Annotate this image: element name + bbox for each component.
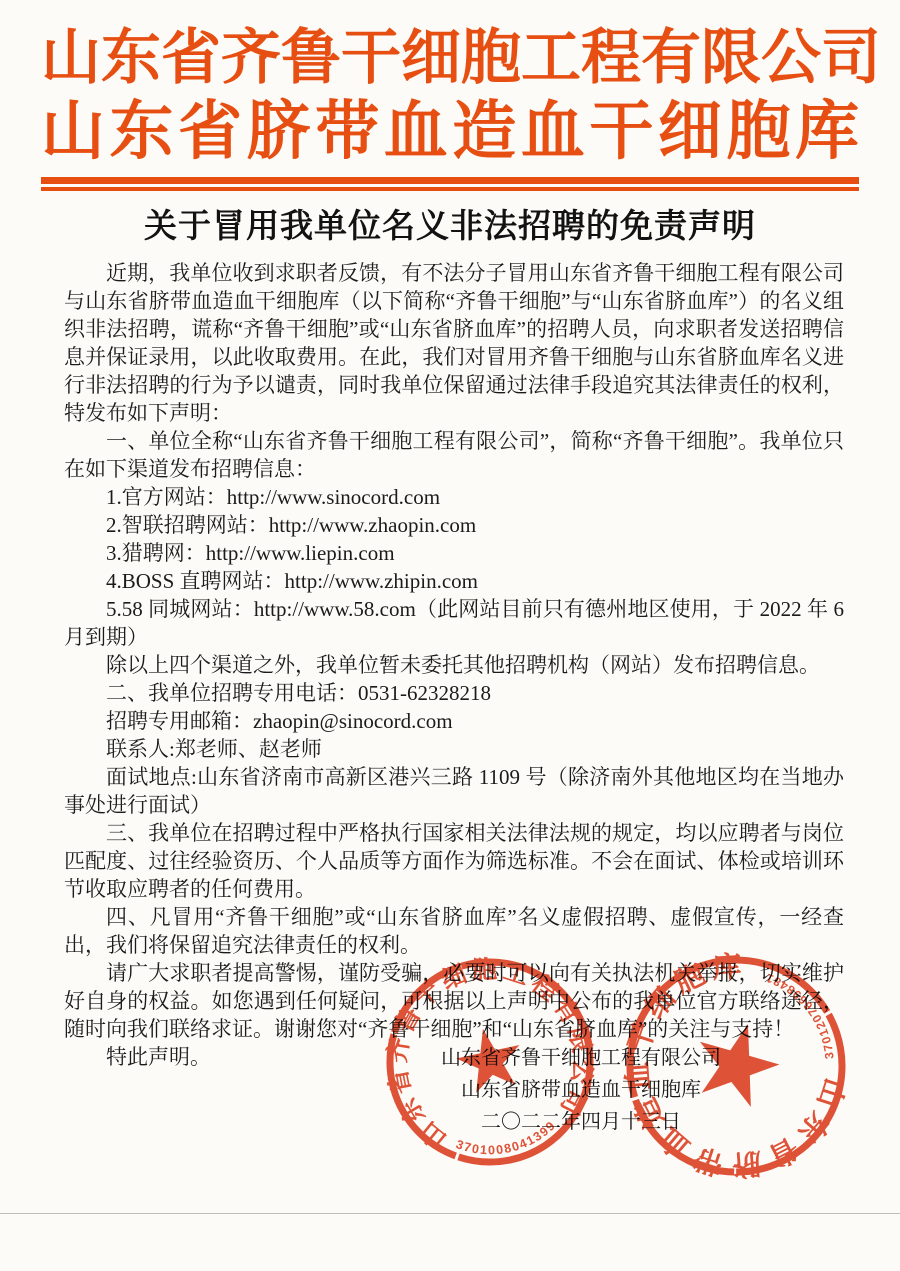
contact-phone-line: 二、我单位招聘专用电话：0531-62328218 [64,679,844,707]
document-page: 山东省齐鲁干细胞工程有限公司 山东省脐带血造血干细胞库 关于冒用我单位名义非法招… [0,0,900,1271]
channel-item-liepin: 3.猎聘网：http://www.liepin.com [64,539,844,567]
page-title: 关于冒用我单位名义非法招聘的免责声明 [0,207,900,245]
channels-note: 除以上四个渠道之外，我单位暂未委托其他招聘机构（网站）发布招聘信息。 [64,651,844,679]
star-icon [451,1022,527,1096]
channel-item-58: 5.58 同城网站：http://www.58.com（此网站目前只有德州地区使… [64,595,844,651]
letterhead-bank-name: 山东省脐带血造血干细胞库 [41,95,859,168]
contact-email-line: 招聘专用邮箱：zhaopin@sinocord.com [64,707,844,735]
contact-person-line: 联系人:郑老师、赵老师 [64,735,844,763]
paragraph-section-3: 三、我单位在招聘过程中严格执行国家相关法律法规的规定，均以应聘者与岗位匹配度、过… [64,819,844,903]
scan-artifact-line [0,1213,900,1214]
paragraph-section-1: 一、单位全称“山东省齐鲁干细胞工程有限公司”，简称“齐鲁干细胞”。我单位只在如下… [64,427,844,483]
star-icon [676,1012,789,1126]
seal-right-number: 37012076698481 [759,960,851,1066]
paragraph-intro: 近期，我单位收到求职者反馈，有不法分子冒用山东省齐鲁干细胞工程有限公司与山东省脐… [64,259,844,427]
channel-item-zhaopin: 2.智联招聘网站：http://www.zhaopin.com [64,511,844,539]
contact-address-line: 面试地点:山东省济南市高新区港兴三路 1109 号（除济南外其他地区均在当地办事… [64,763,844,819]
company-seal-left: 山东省齐鲁干细胞工程有限公司 3701008041399 [378,950,602,1174]
letterhead: 山东省齐鲁干细胞工程有限公司 山东省脐带血造血干细胞库 [0,0,900,191]
company-seal-right: 山东省脐带血造血干细胞库 37012076698481 [616,946,856,1186]
channel-item-zhipin: 4.BOSS 直聘网站：http://www.zhipin.com [64,567,844,595]
letterhead-company-name: 山东省齐鲁干细胞工程有限公司 [41,22,859,95]
svg-text:37012076698481: 37012076698481 [759,960,851,1066]
letterhead-rule-thin [41,187,859,191]
letterhead-rule-thick [41,177,859,184]
letterhead-rule [41,177,859,191]
channel-item-official: 1.官方网站：http://www.sinocord.com [64,483,844,511]
